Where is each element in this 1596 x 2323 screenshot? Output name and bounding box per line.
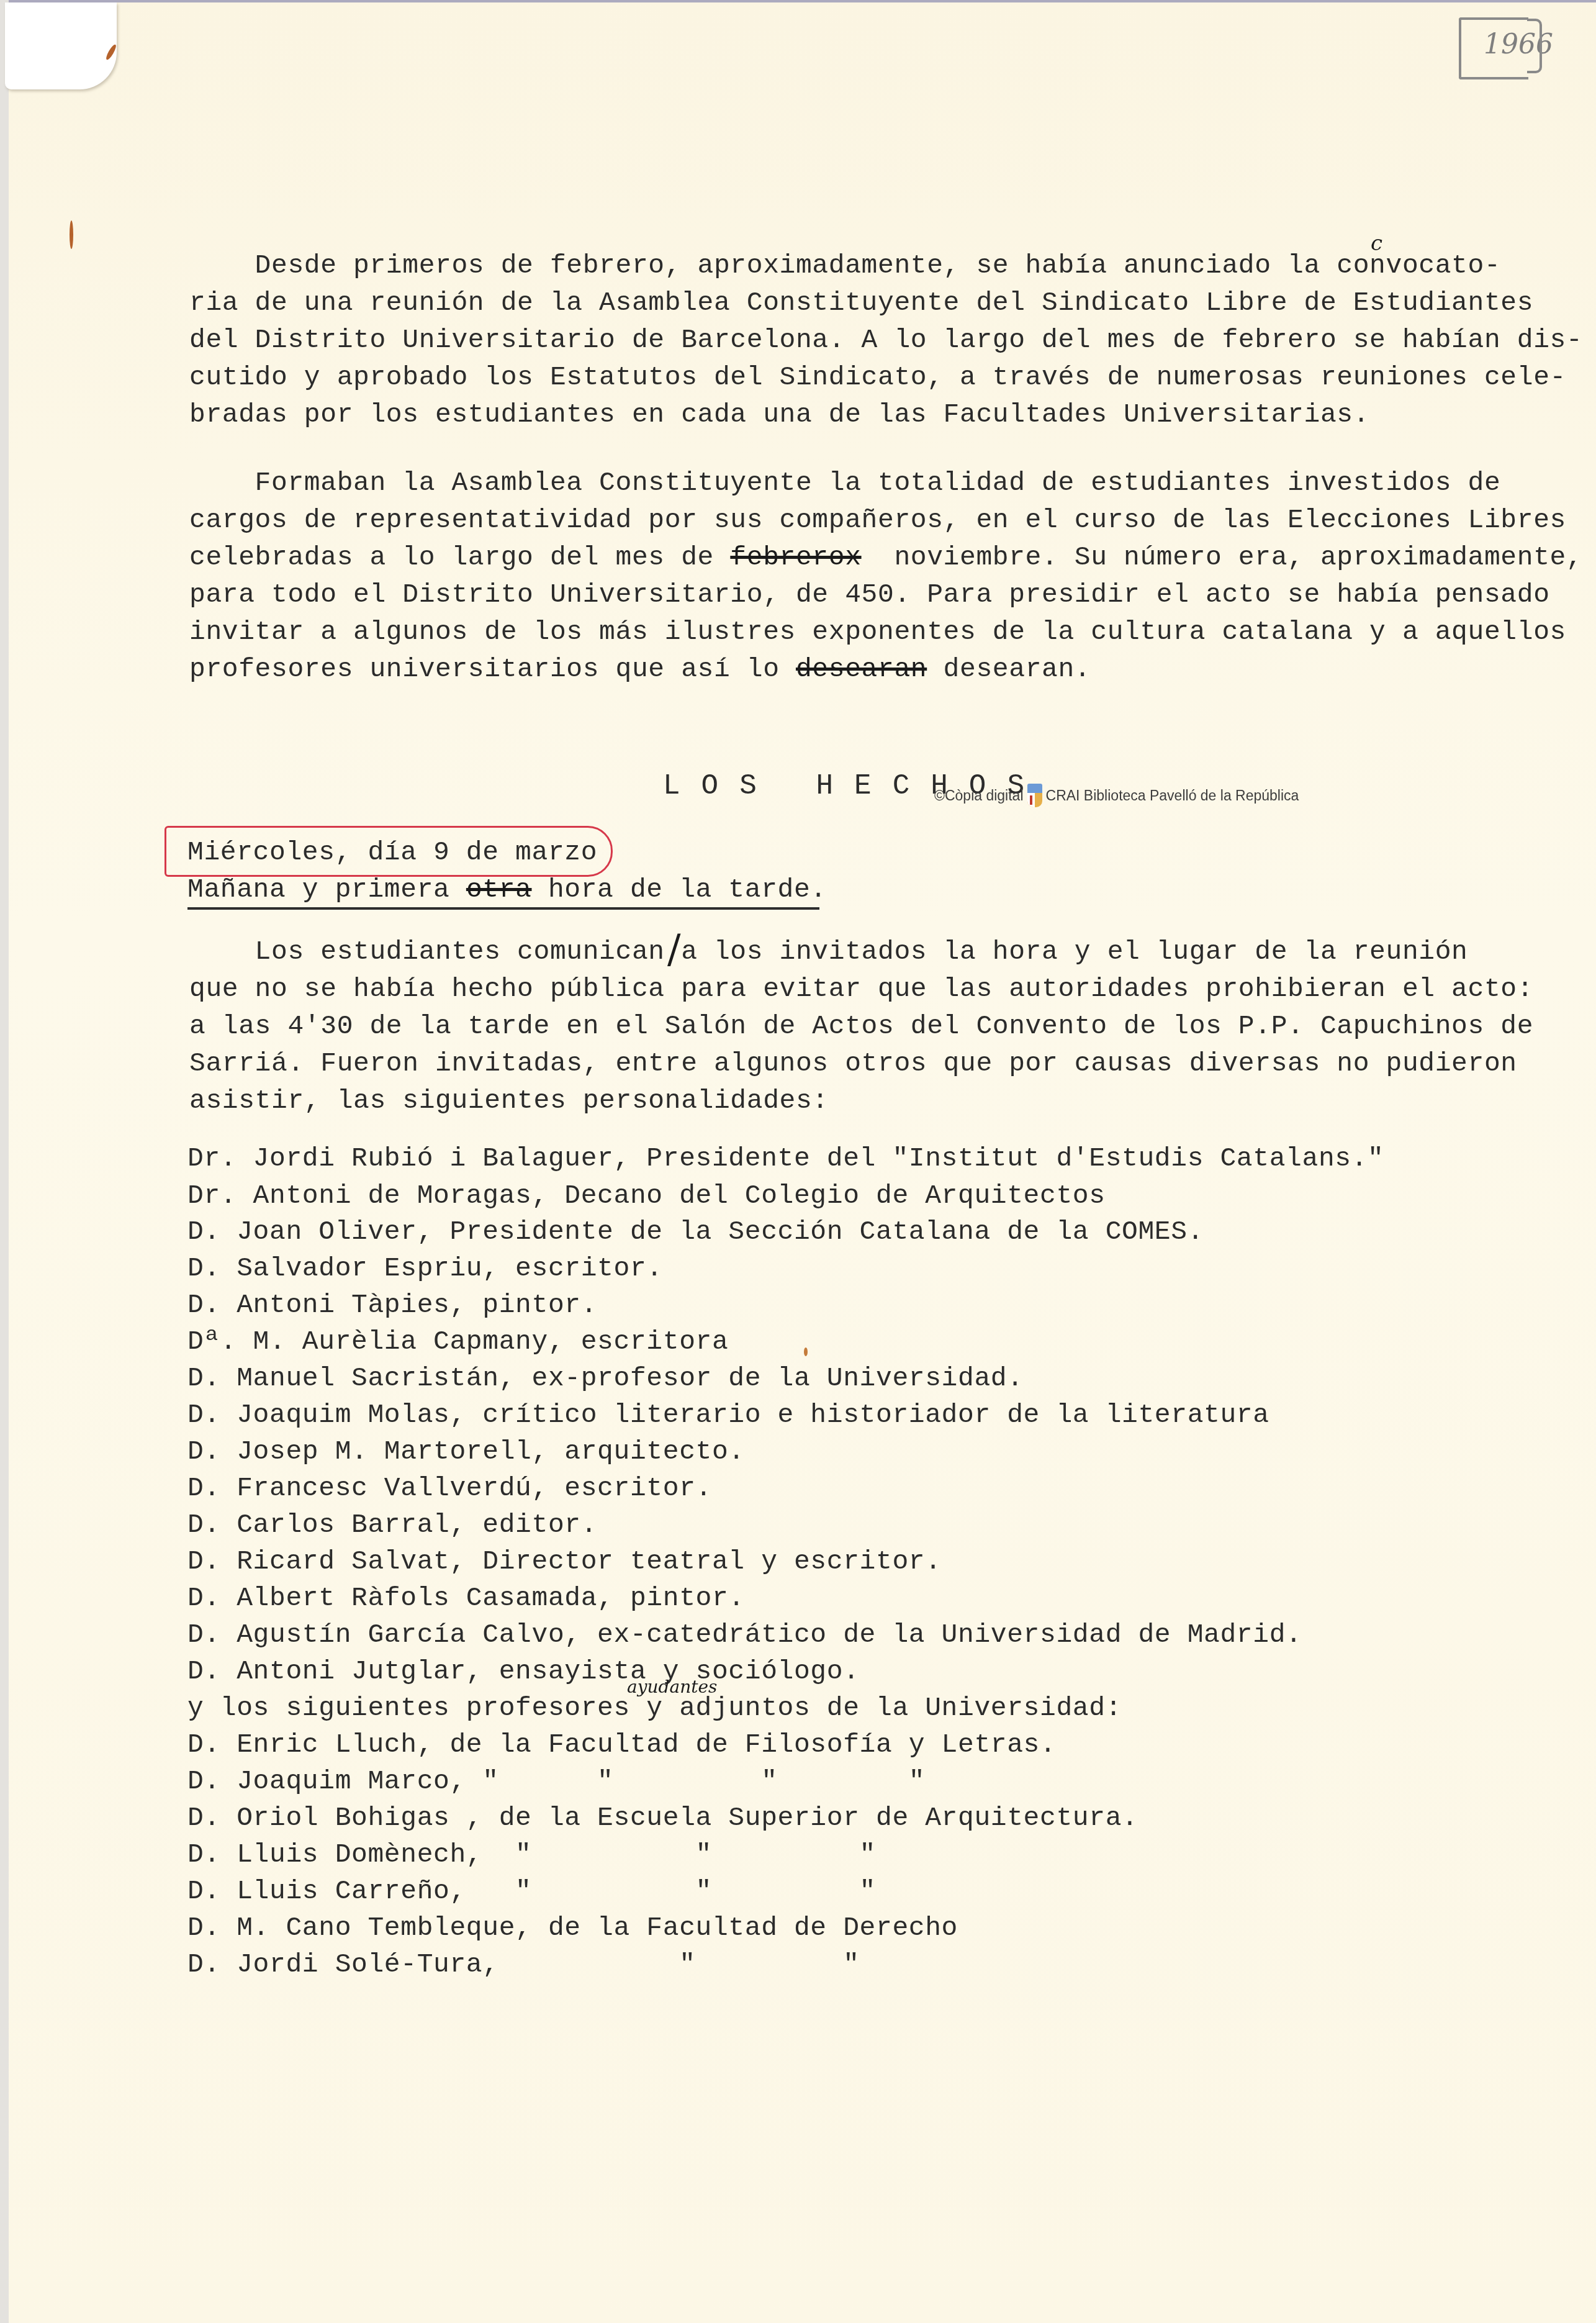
invitee-item: D. Joaquim Molas, crítico literario e hi… bbox=[187, 1398, 1269, 1433]
document-page: 1966 Desde primeros de febrero, aproxima… bbox=[0, 0, 1596, 2323]
rust-stain bbox=[70, 220, 73, 249]
line-text: profesores universitarios que así lo bbox=[189, 654, 796, 684]
professor-item: D. Lluis Carreño, " " " bbox=[187, 1874, 876, 1909]
struck-text: febrerox bbox=[730, 542, 861, 573]
paragraph-3-line: que no se había hecho pública para evita… bbox=[189, 972, 1533, 1007]
paragraph-1-line: bradas por los estudiantes en cada una d… bbox=[189, 397, 1369, 432]
paragraph-2-line: profesores universitarios que así lo des… bbox=[189, 652, 1091, 687]
line-text: hora de la tarde. bbox=[532, 874, 827, 905]
paragraph-3-line: Los estudiantes comunican a los invitado… bbox=[189, 935, 1468, 969]
professor-item: D. M. Cano Tembleque, de la Facultad de … bbox=[187, 1911, 958, 1945]
paragraph-1-line: cutido y aprobado los Estatutos del Sind… bbox=[189, 360, 1566, 395]
paragraph-3-line: a las 4'30 de la tarde en el Salón de Ac… bbox=[189, 1009, 1533, 1044]
paragraph-3-line: asistir, las siguientes personalidades: bbox=[189, 1084, 829, 1118]
line-text: noviembre. Su número era, aproximadament… bbox=[862, 542, 1583, 573]
paragraph-2-line: Formaban la Asamblea Constituyente la to… bbox=[189, 466, 1500, 500]
professor-item: D. Joaquim Marco, " " " " bbox=[187, 1764, 925, 1799]
library-watermark: ©Còpia digital CRAI Biblioteca Pavelló d… bbox=[934, 784, 1299, 807]
professors-intro: y los siguientes profesores y adjuntos d… bbox=[187, 1691, 1122, 1726]
paragraph-3-line: Sarriá. Fueron invitadas, entre algunos … bbox=[189, 1046, 1517, 1081]
paragraph-2-line: para todo el Distrito Universitario, de … bbox=[189, 577, 1550, 612]
invitee-item: D. Ricard Salvat, Director teatral y esc… bbox=[187, 1544, 942, 1579]
crest-icon bbox=[1027, 784, 1042, 807]
professor-item: D. Jordi Solé-Tura, " " bbox=[187, 1947, 860, 1982]
scan-left-edge bbox=[0, 0, 9, 2323]
paragraph-1-line: Desde primeros de febrero, aproximadamen… bbox=[189, 248, 1500, 283]
paragraph-2-line: celebradas a lo largo del mes de febrero… bbox=[189, 540, 1582, 575]
invitee-item: Dr. Jordi Rubió i Balaguer, Presidente d… bbox=[187, 1141, 1384, 1176]
date-heading: Miércoles, día 9 de marzo bbox=[187, 835, 597, 870]
line-text: Mañana y primera bbox=[187, 874, 466, 905]
rust-stain bbox=[804, 1347, 808, 1356]
invitee-item: D. Agustín García Calvo, ex-catedrático … bbox=[187, 1618, 1302, 1652]
invitee-item: D. Salvador Espriu, escritor. bbox=[187, 1251, 663, 1286]
paragraph-2-line: invitar a algunos de los más ilustres ex… bbox=[189, 615, 1566, 650]
professor-item: D. Lluis Domènech, " " " bbox=[187, 1837, 876, 1872]
watermark-library-text: CRAI Biblioteca Pavelló de la República bbox=[1046, 787, 1299, 804]
invitee-item: D. Francesc Vallverdú, escritor. bbox=[187, 1471, 712, 1506]
archive-bracket bbox=[1527, 19, 1542, 73]
invitee-item: D. Joan Oliver, Presidente de la Sección… bbox=[187, 1215, 1204, 1249]
line-text: celebradas a lo largo del mes de bbox=[189, 542, 730, 573]
scan-top-edge bbox=[0, 0, 1596, 2]
professor-item: D. Oriol Bohigas , de la Escuela Superio… bbox=[187, 1801, 1138, 1836]
subheading: Mañana y primera otra hora de la tarde. bbox=[187, 872, 827, 907]
invitee-item: Dª. M. Aurèlia Capmany, escritora bbox=[187, 1325, 728, 1359]
invitee-item: D. Manuel Sacristán, ex-profesor de la U… bbox=[187, 1361, 1024, 1396]
paragraph-1-line: ria de una reunión de la Asamblea Consti… bbox=[189, 286, 1533, 320]
archive-date-annotation: 1966 bbox=[1459, 17, 1528, 79]
watermark-copyright-text: ©Còpia digital bbox=[934, 787, 1024, 804]
paragraph-1-line: del Distrito Universitario de Barcelona.… bbox=[189, 323, 1582, 358]
line-text: y adjuntos de la Universidad: bbox=[646, 1693, 1122, 1723]
invitee-item: D. Josep M. Martorell, arquitecto. bbox=[187, 1434, 745, 1469]
professor-item: D. Enric Lluch, de la Facultad de Filoso… bbox=[187, 1728, 1056, 1762]
heading-underline bbox=[187, 907, 819, 910]
handwritten-strike-mark: / bbox=[667, 926, 681, 972]
invitee-item: D. Albert Ràfols Casamada, pintor. bbox=[187, 1581, 745, 1616]
struck-text: otra bbox=[466, 874, 532, 905]
invitee-item: Dr. Antoni de Moragas, Decano del Colegi… bbox=[187, 1179, 1106, 1213]
paragraph-2-line: cargos de representatividad por sus comp… bbox=[189, 503, 1566, 538]
line-text: desearan. bbox=[927, 654, 1091, 684]
invitee-item: D. Antoni Tàpies, pintor. bbox=[187, 1288, 597, 1323]
invitee-item: D. Antoni Jutglar, ensayista y sociólogo… bbox=[187, 1654, 860, 1689]
handwritten-c-correction: c bbox=[1371, 231, 1382, 256]
torn-corner bbox=[5, 2, 117, 89]
invitee-item: D. Carlos Barral, editor. bbox=[187, 1508, 597, 1542]
struck-text: desearan bbox=[796, 654, 927, 684]
line-text: y los siguientes profesores bbox=[187, 1693, 646, 1723]
